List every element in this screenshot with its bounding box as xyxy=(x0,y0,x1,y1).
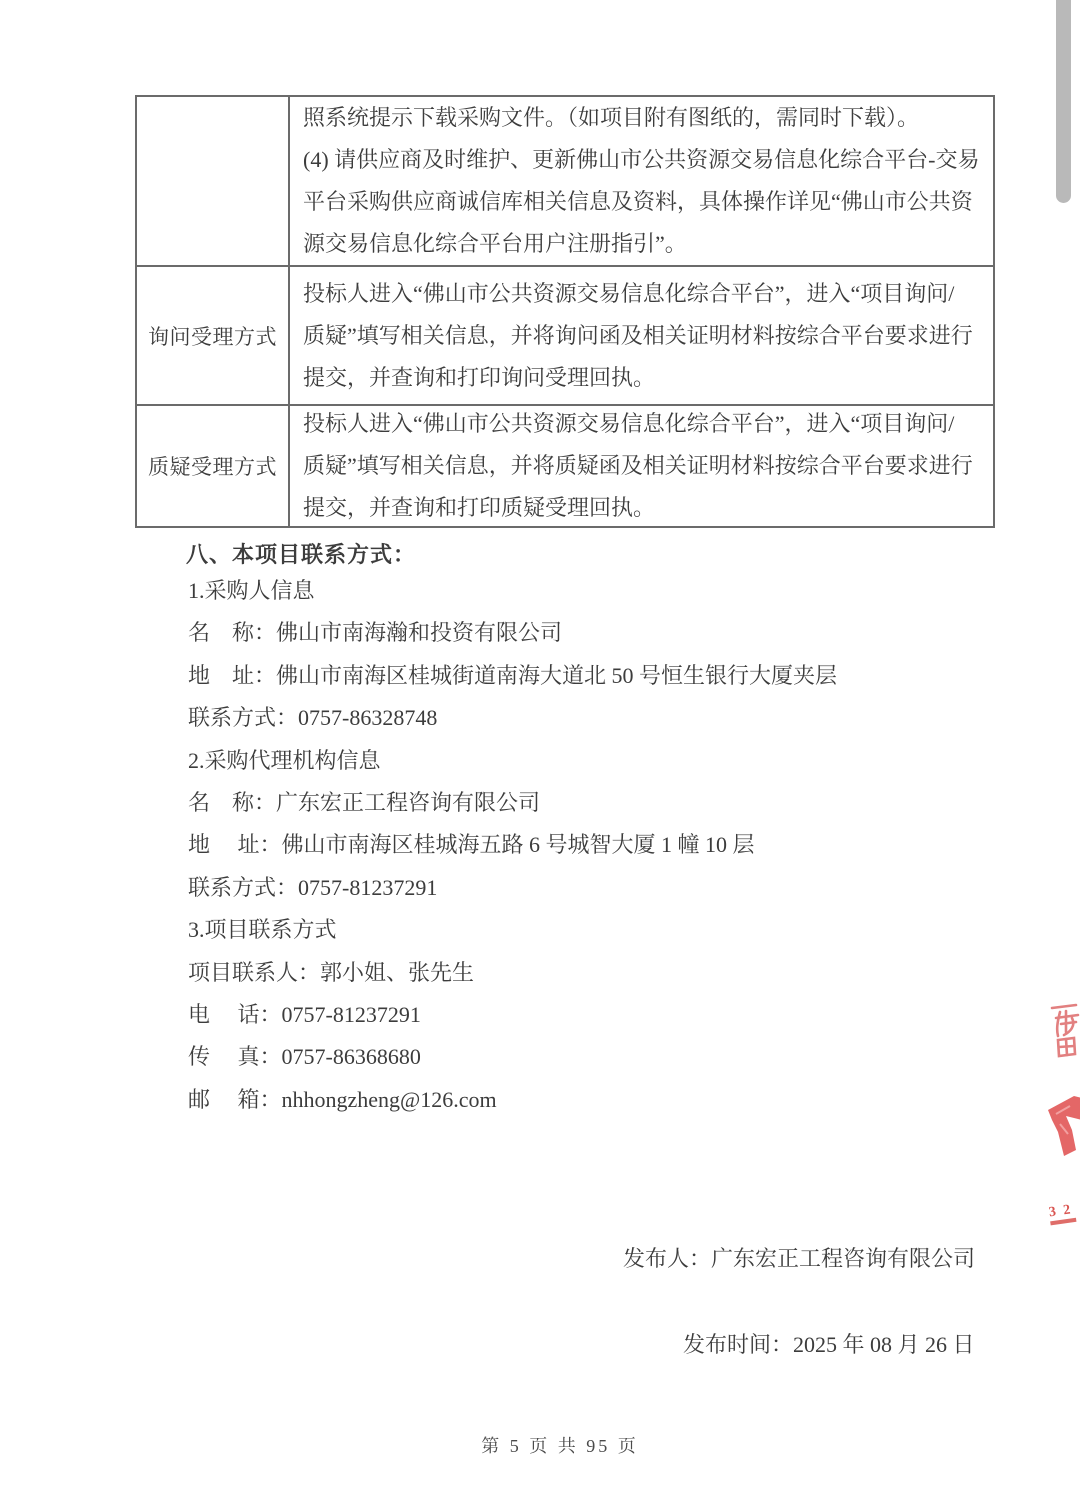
table-text-line: 平台采购供应商诚信库相关信息及资料，具体操作详见“佛山市公共资 xyxy=(303,181,983,223)
contact-line-purchaser-phone: 联系方式：0757-86328748 xyxy=(188,697,888,739)
contact-line-purchaser-address: 地 址：佛山市南海区桂城街道南海大道北 50 号恒生银行大厦夹层 xyxy=(188,655,888,697)
scrollbar-thumb[interactable] xyxy=(1056,0,1071,203)
table-text-line: 质疑”填写相关信息，并将质疑函及相关证明材料按综合平台要求进行 xyxy=(303,445,983,487)
publish-date-line: 发布时间：2025 年 08 月 26 日 xyxy=(683,1328,975,1359)
contact-line-project-email: 邮 箱：nhhongzheng@126.com xyxy=(188,1079,888,1121)
table-text-line: (4) 请供应商及时维护、更新佛山市公共资源交易信息化综合平台-交易 xyxy=(303,139,983,181)
red-seal-shape-fragment-icon xyxy=(1044,1094,1080,1160)
contact-line-agency-address: 地 址：佛山市南海区桂城海五路 6 号城智大厦 1 幢 10 层 xyxy=(188,824,888,866)
contact-line-purchaser-title: 1.采购人信息 xyxy=(188,570,888,612)
page-number-indicator: 第 5 页 共 95 页 xyxy=(0,1432,1080,1458)
contact-line-agency-phone: 联系方式：0757-81237291 xyxy=(188,867,888,909)
red-seal-character-fragment-icon xyxy=(1046,1002,1080,1066)
contact-line-project-title: 3.项目联系方式 xyxy=(188,909,888,951)
table-text-line: 质疑”填写相关信息，并将询问函及相关证明材料按综合平台要求进行 xyxy=(303,315,983,357)
contact-line-agency-name: 名 称：广东宏正工程咨询有限公司 xyxy=(188,782,888,824)
table-text-line: 提交，并查询和打印质疑受理回执。 xyxy=(303,487,983,526)
contact-line-project-contacts: 项目联系人：郭小姐、张先生 xyxy=(188,952,888,994)
table-text-line: 提交，并查询和打印询问受理回执。 xyxy=(303,357,983,399)
table-row-label: 询问受理方式 xyxy=(137,267,290,404)
table-text-line: 投标人进入“佛山市公共资源交易信息化综合平台”，进入“项目询问/ xyxy=(303,406,983,445)
table-text-line: 投标人进入“佛山市公共资源交易信息化综合平台”，进入“项目询问/ xyxy=(303,273,983,315)
table-row: 询问受理方式 投标人进入“佛山市公共资源交易信息化综合平台”，进入“项目询问/ … xyxy=(137,265,993,404)
table-text-line: 照系统提示下载采购文件。（如项目附有图纸的，需同时下载）。 xyxy=(303,97,983,139)
table-row: 照系统提示下载采购文件。（如项目附有图纸的，需同时下载）。 (4) 请供应商及时… xyxy=(137,97,993,265)
publisher-name-line: 发布人：广东宏正工程咨询有限公司 xyxy=(623,1242,975,1273)
table-row-content: 投标人进入“佛山市公共资源交易信息化综合平台”，进入“项目询问/ 质疑”填写相关… xyxy=(290,267,993,404)
contact-info-block: 1.采购人信息 名 称：佛山市南海瀚和投资有限公司 地 址：佛山市南海区桂城街道… xyxy=(188,570,888,1121)
table-text-line: 源交易信息化综合平台用户注册指引”。 xyxy=(303,223,983,265)
contact-line-project-phone: 电 话：0757-81237291 xyxy=(188,994,888,1036)
table-row-content: 投标人进入“佛山市公共资源交易信息化综合平台”，进入“项目询问/ 质疑”填写相关… xyxy=(290,406,993,526)
table-row-label: 质疑受理方式 xyxy=(137,406,290,526)
table-row-content: 照系统提示下载采购文件。（如项目附有图纸的，需同时下载）。 (4) 请供应商及时… xyxy=(290,97,993,265)
document-page: 照系统提示下载采购文件。（如项目附有图纸的，需同时下载）。 (4) 请供应商及时… xyxy=(0,0,1080,1504)
contact-line-project-fax: 传 真：0757-86368680 xyxy=(188,1036,888,1078)
table-row: 质疑受理方式 投标人进入“佛山市公共资源交易信息化综合平台”，进入“项目询问/ … xyxy=(137,404,993,526)
contact-line-agency-title: 2.采购代理机构信息 xyxy=(188,740,888,782)
section-heading: 八、本项目联系方式： xyxy=(186,538,416,569)
red-seal-number-fragment-icon: 3 2 xyxy=(1048,1202,1080,1236)
contact-line-purchaser-name: 名 称：佛山市南海瀚和投资有限公司 xyxy=(188,612,888,654)
procedure-table: 照系统提示下载采购文件。（如项目附有图纸的，需同时下载）。 (4) 请供应商及时… xyxy=(135,95,995,528)
table-row-label xyxy=(137,97,290,265)
